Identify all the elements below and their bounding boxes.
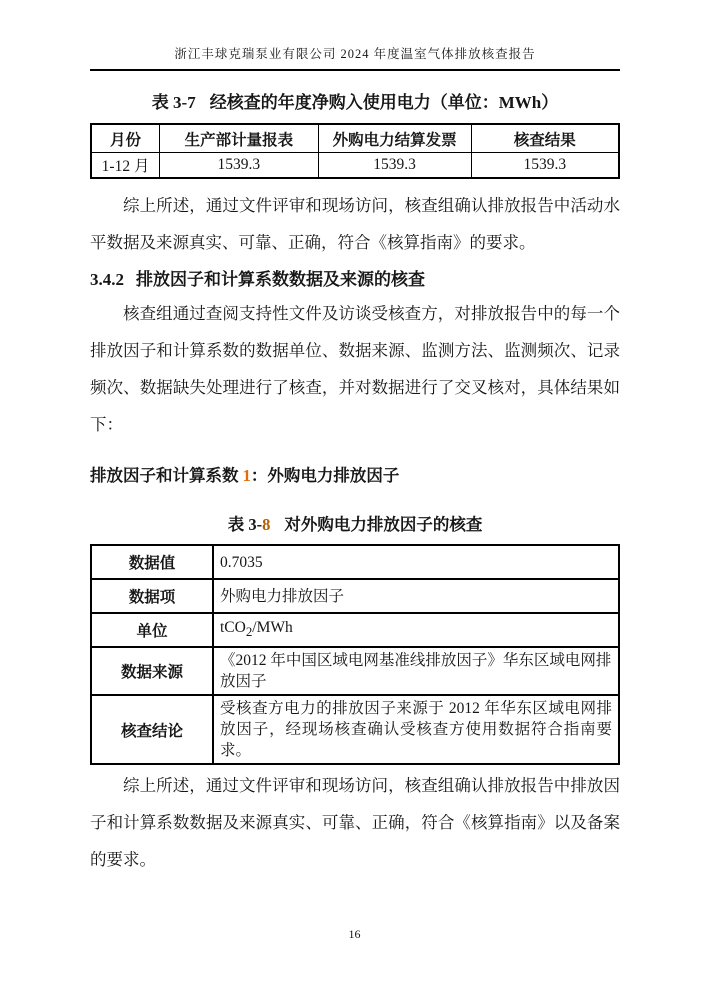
table37-header-row: 月份 生产部计量报表 外购电力结算发票 核查结果: [91, 124, 619, 153]
table38-caption-label-number: 8: [262, 515, 270, 534]
section-heading-3-4-2: 3.4.2排放因子和计算系数数据及来源的核查: [90, 267, 620, 293]
table38-value-data-source: 《2012 年中国区域电网基准线排放因子》华东区域电网排放因子: [213, 647, 619, 695]
unit-base: tCO: [220, 619, 246, 636]
table38-caption-title: 对外购电力排放因子的核查: [284, 515, 482, 534]
table37-header-month: 月份: [91, 124, 160, 153]
emission-factor-heading-suffix: ：外购电力排放因子: [251, 466, 400, 485]
table38-value-data-value: 0.7035: [213, 545, 619, 579]
table38-caption: 表 3-8对外购电力排放因子的核查: [90, 513, 620, 537]
paragraph-emission-factor-intro: 核查组通过查阅支持性文件及访谈受核查方，对排放报告中的每一个排放因子和计算系数的…: [90, 295, 620, 443]
paragraph-emission-factor-conclusion: 综上所述，通过文件评审和现场访问，核查组确认排放报告中排放因子和计算系数数据及来…: [90, 767, 620, 878]
table37-header-invoice: 外购电力结算发票: [318, 124, 471, 153]
table38-caption-label-prefix: 表 3-: [228, 515, 262, 534]
table37-header-production-report: 生产部计量报表: [160, 124, 318, 153]
running-header-title: 浙江丰球克瑞泵业有限公司 2024 年度温室气体排放核查报告: [174, 47, 535, 61]
unit-rest: /MWh: [252, 619, 292, 636]
table37-cell-production-report: 1539.3: [160, 153, 318, 179]
table37-cell-invoice: 1539.3: [318, 153, 471, 179]
table38-label-unit: 单位: [91, 613, 213, 647]
table38-row-verification-conclusion: 核查结论 受核查方电力的排放因子来源于 2012 年华东区域电网排放因子，经现场…: [91, 695, 619, 764]
table38-value-unit: tCO2/MWh: [213, 613, 619, 647]
table38-label-verification-conclusion: 核查结论: [91, 695, 213, 764]
table38-label-data-item: 数据项: [91, 579, 213, 613]
table37-header-verified-result: 核查结果: [471, 124, 619, 153]
table38-value-data-item: 外购电力排放因子: [213, 579, 619, 613]
table38-row-data-item: 数据项 外购电力排放因子: [91, 579, 619, 613]
table38-caption-label: 表 3-8: [228, 515, 271, 534]
page-number: 16: [0, 927, 709, 942]
document-page: 浙江丰球克瑞泵业有限公司 2024 年度温室气体排放核查报告 表 3-7经核查的…: [0, 0, 709, 989]
page-content: 浙江丰球克瑞泵业有限公司 2024 年度温室气体排放核查报告 表 3-7经核查的…: [90, 0, 620, 878]
running-header: 浙江丰球克瑞泵业有限公司 2024 年度温室气体排放核查报告: [90, 44, 620, 71]
paragraph-activity-data-conclusion: 综上所述，通过文件评审和现场访问，核查组确认排放报告中活动水平数据及来源真实、可…: [90, 187, 620, 261]
emission-factor-heading: 排放因子和计算系数 1：外购电力排放因子: [90, 463, 620, 489]
section-number: 3.4.2: [90, 270, 124, 289]
table38-label-data-source: 数据来源: [91, 647, 213, 695]
table38-row-unit: 单位 tCO2/MWh: [91, 613, 619, 647]
emission-factor-heading-number: 1: [243, 466, 251, 485]
table38-value-verification-conclusion: 受核查方电力的排放因子来源于 2012 年华东区域电网排放因子，经现场核查确认受…: [213, 695, 619, 764]
table37-cell-verified-result: 1539.3: [471, 153, 619, 179]
table37-cell-month: 1-12 月: [91, 153, 160, 179]
table38-row-data-value: 数据值 0.7035: [91, 545, 619, 579]
table37-caption-title: 经核查的年度净购入使用电力（单位：MWh）: [210, 93, 559, 112]
emission-factor-heading-prefix: 排放因子和计算系数: [90, 466, 243, 485]
table-3-8: 数据值 0.7035 数据项 外购电力排放因子 单位 tCO2/MWh 数据来源…: [90, 544, 620, 765]
table37-caption: 表 3-7经核查的年度净购入使用电力（单位：MWh）: [90, 91, 620, 115]
table37-caption-label: 表 3-7: [152, 93, 196, 112]
table-3-7: 月份 生产部计量报表 外购电力结算发票 核查结果 1-12 月 1539.3 1…: [90, 123, 620, 179]
table38-row-data-source: 数据来源 《2012 年中国区域电网基准线排放因子》华东区域电网排放因子: [91, 647, 619, 695]
table38-label-data-value: 数据值: [91, 545, 213, 579]
table37-data-row: 1-12 月 1539.3 1539.3 1539.3: [91, 153, 619, 179]
section-title: 排放因子和计算系数数据及来源的核查: [136, 270, 425, 289]
